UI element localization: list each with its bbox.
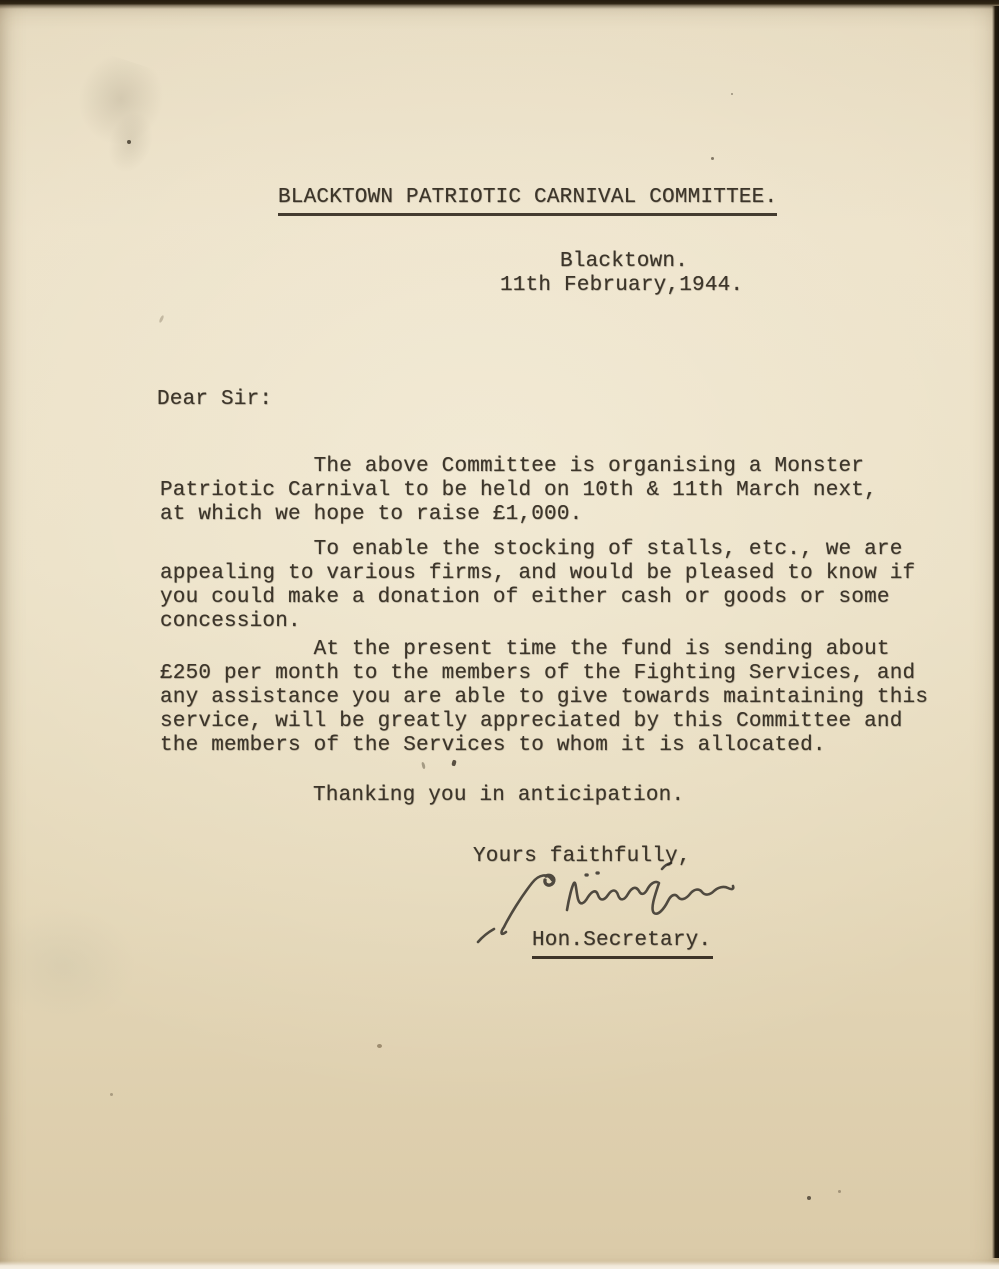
letter-scan-page: BLACKTOWN PATRIOTIC CARNIVAL COMMITTEE. … — [0, 0, 999, 1269]
paper-smudge — [35, 42, 212, 193]
letter-place: Blacktown. — [560, 250, 688, 274]
paper-speck — [127, 140, 131, 144]
letter-salutation: Dear Sir: — [157, 388, 272, 412]
paper-ghost-mark — [0, 900, 160, 1030]
paper-speck — [421, 762, 425, 769]
letter-paragraph-1: The above Committee is organising a Mons… — [160, 455, 877, 527]
letter-date: 11th February,1944. — [500, 274, 743, 298]
paper-speck — [110, 1093, 113, 1096]
paper-speck — [711, 157, 714, 160]
paper-speck — [158, 315, 164, 324]
scan-edge-bottom — [0, 1261, 999, 1269]
letter-paragraph-2: To enable the stocking of stalls, etc., … — [160, 538, 915, 634]
paper-speck — [838, 1190, 841, 1193]
letter-paragraph-3: At the present time the fund is sending … — [160, 638, 928, 758]
paper-speck — [731, 93, 733, 95]
scan-edge-right — [992, 6, 999, 1258]
paper-speck — [451, 760, 456, 767]
letter-thanks-line: Thanking you in anticipation. — [313, 784, 684, 808]
paper-speck — [807, 1196, 811, 1200]
scan-edge-top — [0, 0, 999, 9]
letter-heading: BLACKTOWN PATRIOTIC CARNIVAL COMMITTEE. — [278, 186, 777, 216]
letter-signed-role: Hon.Secretary. — [532, 929, 713, 959]
paper-speck — [377, 1044, 382, 1048]
